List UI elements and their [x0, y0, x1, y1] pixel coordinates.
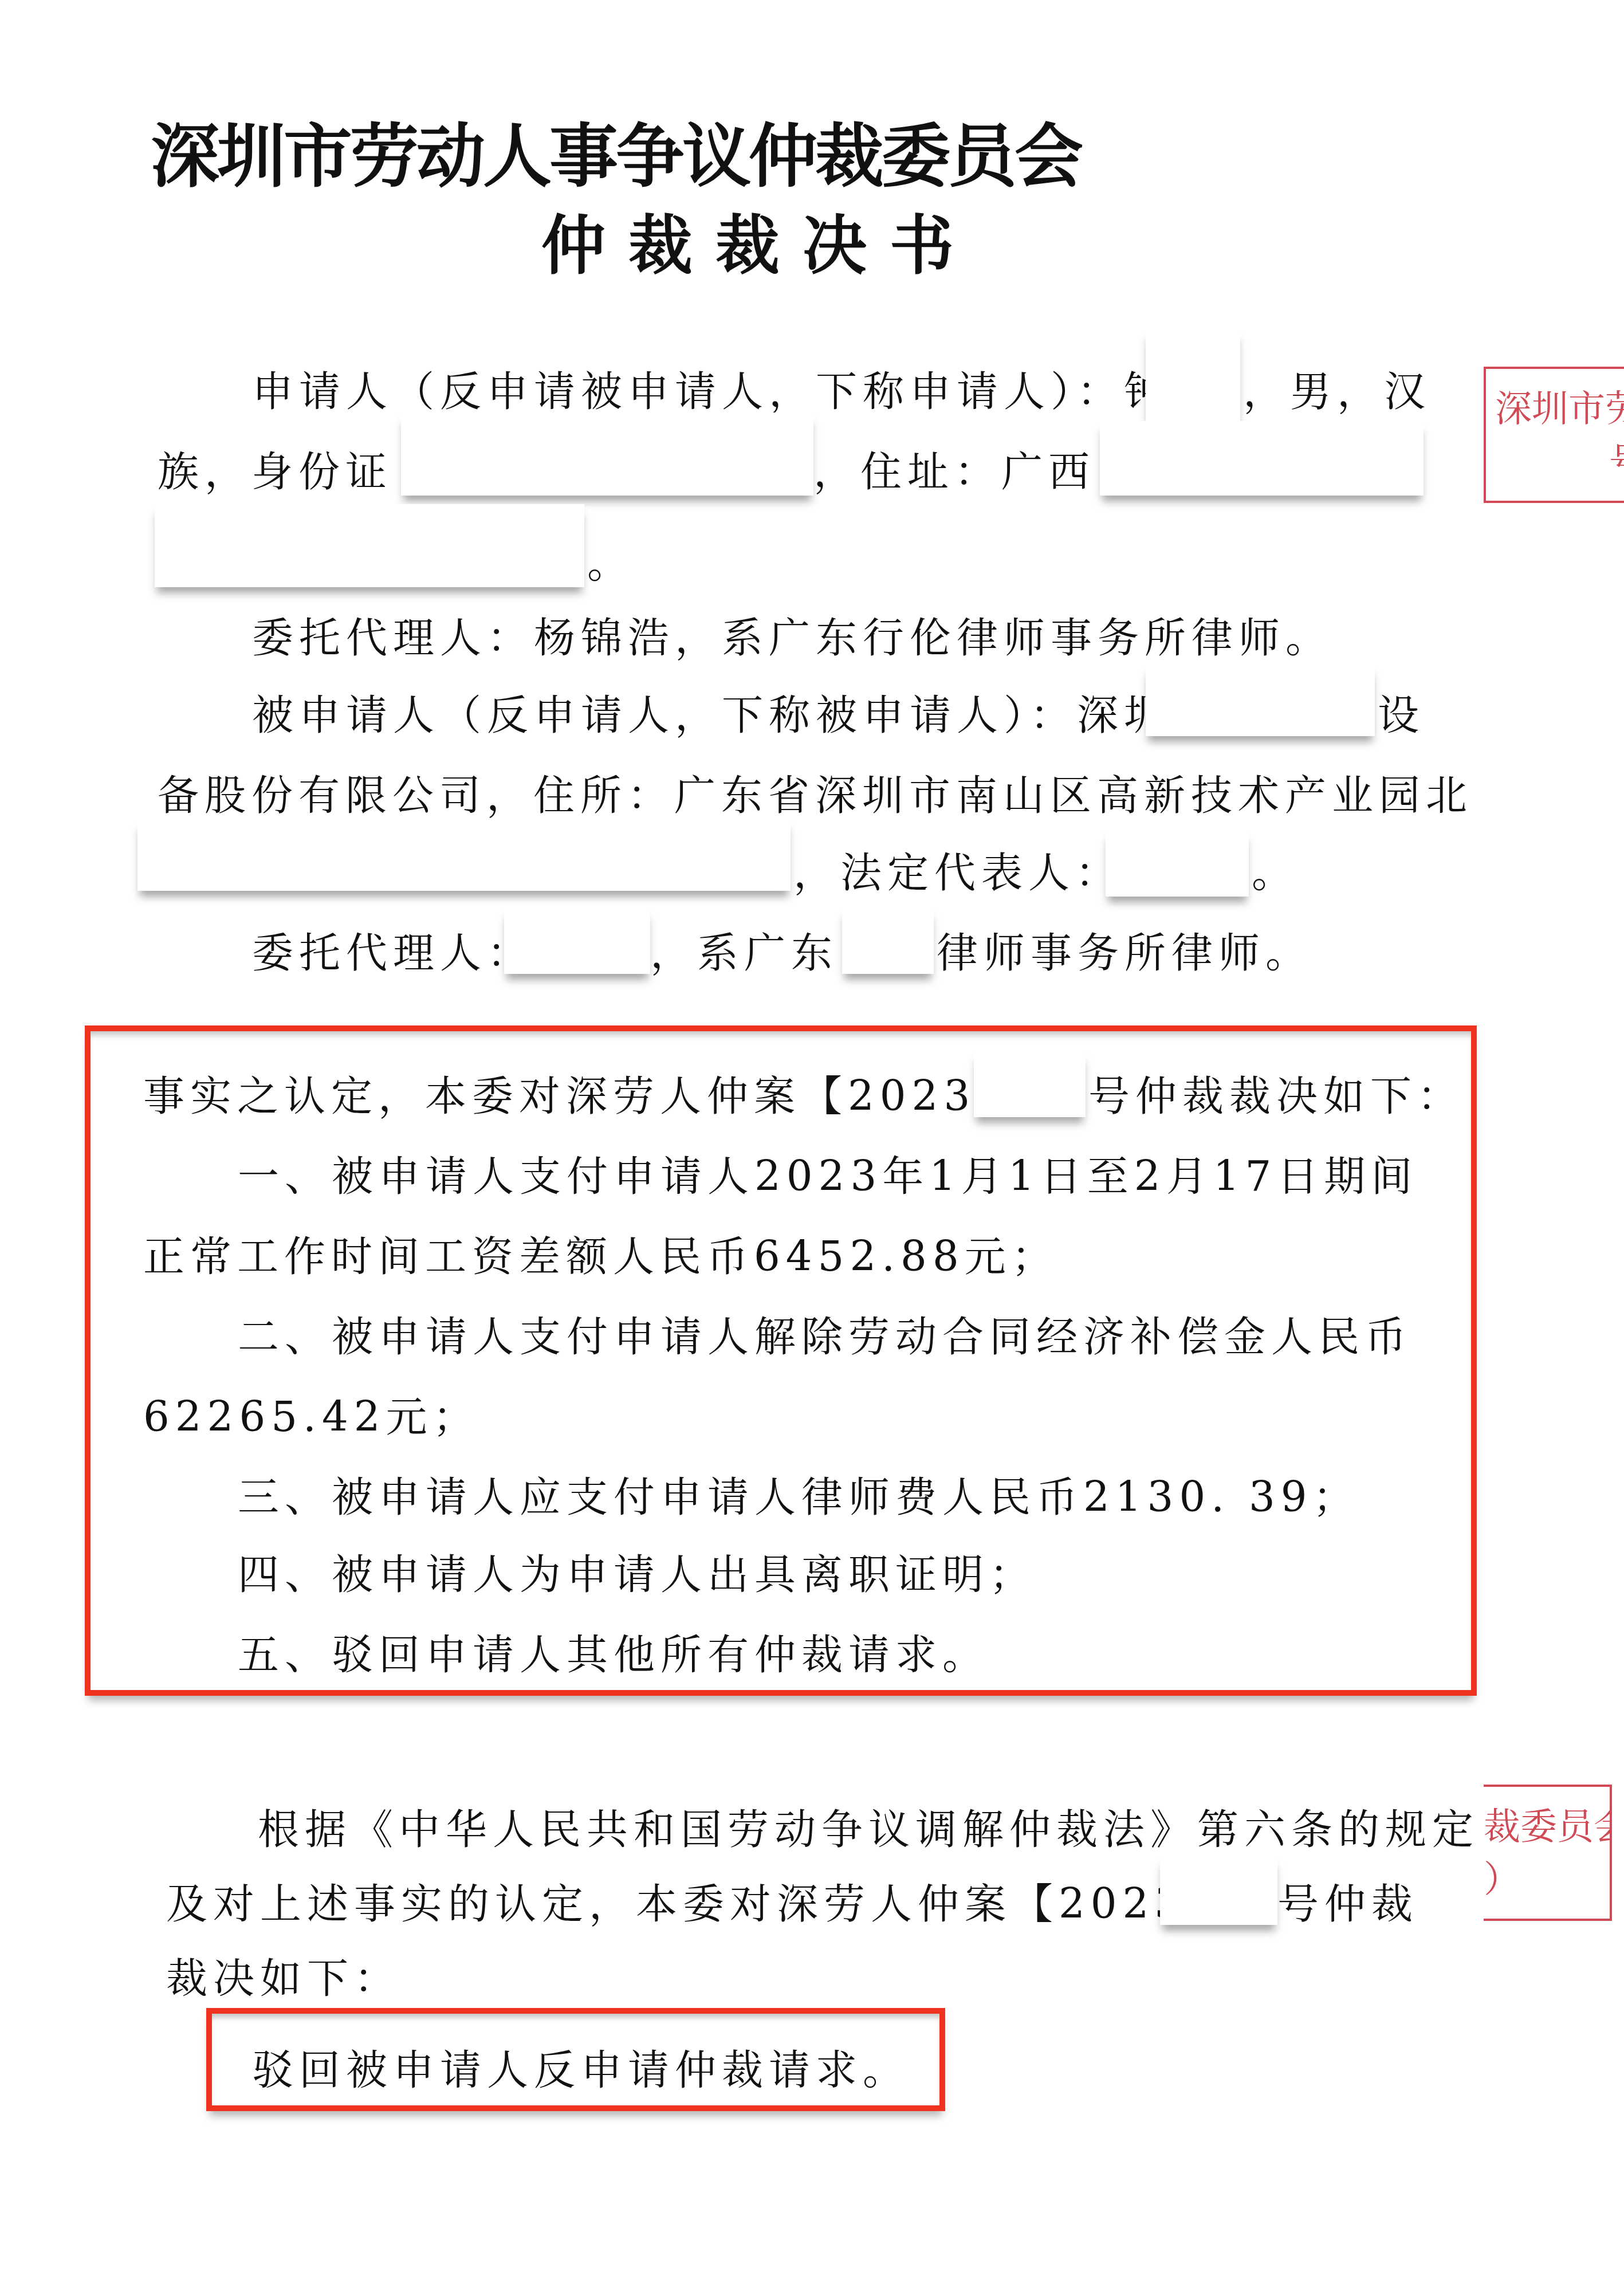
applicant-line-2b: ，住址：广西: [813, 438, 1095, 498]
redaction-mask: [1146, 329, 1240, 424]
counterclaim-line-1: 根据《中华人民共和国劳动争议调解仲裁法》第六条的规定: [258, 1796, 1479, 1856]
applicant-line-2a: 族，身份证: [158, 438, 392, 498]
ruling-item-1-line-2: 正常工作时间工资差额人民币6452.88元；: [143, 1223, 1059, 1283]
redaction-mask: [1146, 665, 1375, 736]
stamp-text: 号: [1609, 432, 1624, 485]
counterclaim-line-3: 裁决如下：: [166, 1945, 401, 2005]
ruling-item-4: 四、被申请人为申请人出具离职证明；: [238, 1541, 1036, 1601]
respondent-line-3-end: 。: [1252, 839, 1299, 899]
ruling-item-2-line-1: 二、被申请人支付申请人解除劳动合同经济补偿金人民币: [238, 1303, 1412, 1363]
counterclaim-line-2a: 及对上述事实的认定，本委对深劳人仲案【2023】: [166, 1870, 1233, 1930]
ruling-item-2-line-2: 62265.42元；: [143, 1384, 480, 1443]
respondent-agent-b: ，系广东: [650, 919, 838, 979]
redaction-mask: [1100, 421, 1424, 496]
ruling-item-3: 三、被申请人应支付申请人律师费人民币2130. 39；: [238, 1464, 1360, 1523]
respondent-line-1a: 被申请人（反申请人，下称被申请人）：深圳: [252, 682, 1171, 741]
redaction-mask: [1106, 831, 1249, 897]
redaction-mask: [974, 1051, 1086, 1117]
stamp-text: 裁委员会: [1484, 1787, 1610, 1850]
official-seal-stamp: 裁委员会 ）: [1484, 1785, 1612, 1921]
document-title: 深圳市劳动人事争议仲裁委员会: [0, 102, 1232, 201]
counterclaim-line-2b: 号仲裁: [1277, 1870, 1418, 1930]
redaction-mask: [401, 412, 813, 496]
applicant-line-1b: ，男，汉: [1243, 358, 1431, 418]
redaction-mask: [137, 819, 791, 891]
respondent-agent-a: 委托代理人：: [252, 919, 534, 979]
respondent-line-1b: 设: [1378, 682, 1425, 741]
stamp-text: 深圳市劳: [1486, 369, 1624, 432]
respondent-line-2: 备股份有限公司，住所：广东省深圳市南山区高新技术产业园北: [158, 762, 1473, 822]
redaction-mask: [155, 504, 584, 587]
redaction-mask: [842, 908, 934, 974]
official-seal-stamp: 深圳市劳 号: [1484, 367, 1624, 503]
counterclaim-decision: 驳回被申请人反申请仲裁请求。: [252, 2037, 910, 2096]
ruling-intro-a: 事实之认定，本委对深劳人仲案【2023】: [143, 1063, 1023, 1122]
applicant-line-3: 。: [587, 530, 634, 590]
redaction-mask: [1160, 1856, 1277, 1925]
respondent-agent-c: 律师事务所律师。: [937, 919, 1312, 979]
stamp-text: ）: [1484, 1850, 1520, 1903]
applicant-line-1a: 申请人（反申请被申请人，下称申请人）：钟: [252, 358, 1171, 418]
ruling-item-1-line-1: 一、被申请人支付申请人2023年1月1日至2月17日期间: [238, 1143, 1418, 1202]
redaction-mask: [504, 908, 650, 974]
applicant-agent: 委托代理人：杨锦浩，系广东行伦律师事务所律师。: [252, 604, 1332, 664]
respondent-line-3: ，法定代表人：: [793, 839, 1122, 899]
document-subtitle: 仲裁裁决书: [0, 195, 1518, 287]
ruling-item-5: 五、驳回申请人其他所有仲裁请求。: [238, 1621, 989, 1681]
ruling-intro-b: 号仲裁裁决如下：: [1088, 1063, 1464, 1122]
